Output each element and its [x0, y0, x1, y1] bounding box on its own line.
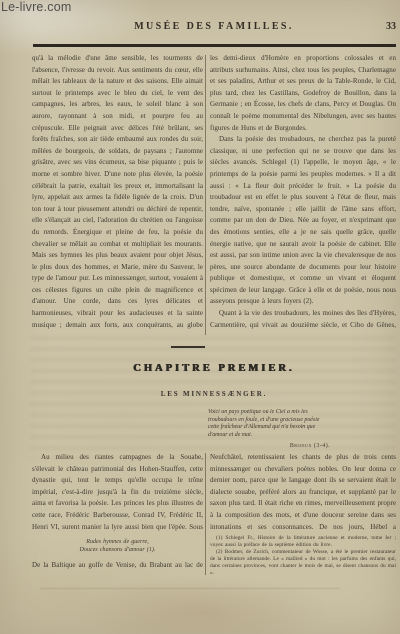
scanned-book-page: Le-livre.com MUSÉE DES FAMILLES. 33 qu'à…	[0, 0, 400, 634]
body-paragraph: Au milieu des riantes campagnes de la So…	[32, 452, 203, 534]
watermark-text: Le-livre.com	[1, 0, 71, 14]
chapter-title: CHAPITRE PREMIER.	[32, 363, 396, 374]
upper-left-column: qu'à la mélodie d'une âme sensible, les …	[32, 53, 203, 332]
verse-line: Rudes hymnes de guerre,	[32, 538, 203, 546]
paper-scratch	[40, 588, 340, 589]
column-divider-upper	[205, 55, 206, 335]
lower-left-column: Au milieu des riantes campagnes de la So…	[32, 452, 203, 576]
upper-right-column: les demi-dieux d'Homère en proportions c…	[210, 53, 396, 332]
footnote: (1) Schlegel Fr., Histoire de la littéra…	[210, 535, 396, 549]
page-number: 33	[374, 21, 396, 32]
chapter-subtitle: LES MINNESSÆNGER.	[32, 390, 396, 398]
footnotes: (1) Schlegel Fr., Histoire de la littéra…	[210, 535, 396, 578]
header-rule	[33, 44, 396, 47]
body-paragraph: qu'à la mélodie d'une âme sensible, les …	[32, 53, 203, 332]
body-paragraph: les demi-dieux d'Homère en proportions c…	[210, 53, 396, 134]
journal-title: MUSÉE DES FAMILLES.	[32, 21, 396, 32]
epigraph-line: d'amour et de mai.	[208, 432, 378, 440]
epigraph-attribution: Brizeux (3-4).	[208, 443, 378, 451]
column-divider-lower	[205, 453, 206, 575]
lower-right-column: Neufchâtel, retentissaient les chants de…	[210, 452, 396, 578]
body-paragraph: Quant à la vie des troubadours, les moin…	[210, 308, 396, 332]
catch-line: De la Baltique au golfe de Venise, du Br…	[32, 560, 203, 572]
verse-line: Douces chansons d'amour (1).	[32, 546, 203, 554]
epigraph-line: Voici un pays poétique où le Ciel a mis …	[208, 409, 378, 417]
body-paragraph: Neufchâtel, retentissaient les chants de…	[210, 452, 396, 531]
chapter-epigraph: Voici un pays poétique où le Ciel a mis …	[208, 409, 378, 451]
body-paragraph: Dans la poésie des troubadours, ne cherc…	[210, 134, 396, 308]
footnote: (2) Bodmer, de Zurich, commentateur de W…	[210, 549, 396, 577]
epigraph-line: cette fraîcheur d'Allemand qui n'a besoi…	[208, 424, 378, 432]
section-divider-rule	[171, 346, 205, 348]
verse-quote: Rudes hymnes de guerre, Douces chansons …	[32, 538, 203, 554]
